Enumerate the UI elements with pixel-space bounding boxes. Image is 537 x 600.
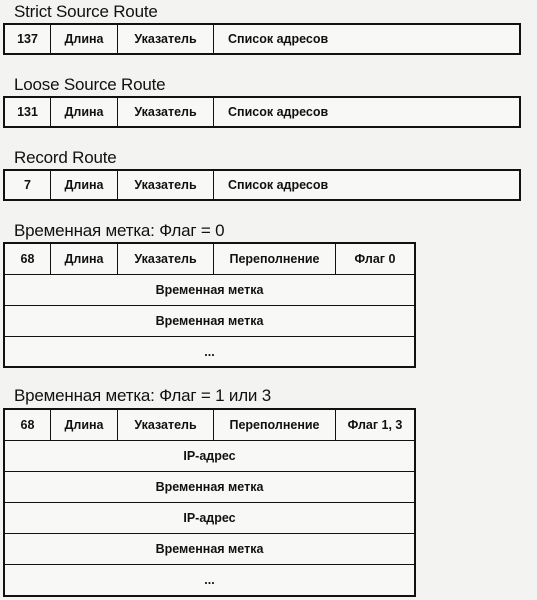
timestamp-flag13-table: 68 Длина Указатель Переполнение Флаг 1, … — [3, 408, 416, 597]
pointer-cell: Указатель — [118, 244, 214, 274]
strict-source-route-title: Strict Source Route — [14, 2, 158, 22]
timestamp-cell: Временная метка — [5, 534, 414, 564]
option-type-cell: 131 — [5, 98, 51, 126]
pointer-cell: Указатель — [118, 98, 214, 126]
record-route-table: 7 Длина Указатель Список адресов — [3, 169, 521, 201]
pointer-cell: Указатель — [118, 410, 214, 440]
timestamp-cell: Временная метка — [5, 472, 414, 502]
length-cell: Длина — [51, 25, 118, 53]
ip-address-cell: IP-адрес — [5, 441, 414, 471]
overflow-cell: Переполнение — [214, 410, 336, 440]
ellipsis-cell: ... — [5, 337, 414, 366]
option-type-cell: 7 — [5, 171, 51, 199]
loose-source-route-table: 131 Длина Указатель Список адресов — [3, 96, 521, 128]
option-type-cell: 68 — [5, 410, 51, 440]
table-row: Временная метка — [5, 472, 414, 503]
pointer-cell: Указатель — [118, 171, 214, 199]
timestamp-flag0-title: Временная метка: Флаг = 0 — [14, 221, 224, 241]
address-list-cell: Список адресов — [214, 171, 519, 199]
pointer-cell: Указатель — [118, 25, 214, 53]
address-list-cell: Список адресов — [214, 98, 519, 126]
header-row: 68 Длина Указатель Переполнение Флаг 1, … — [5, 410, 414, 441]
option-type-cell: 68 — [5, 244, 51, 274]
length-cell: Длина — [51, 98, 118, 126]
header-row: 68 Длина Указатель Переполнение Флаг 0 — [5, 244, 414, 275]
strict-source-route-table: 137 Длина Указатель Список адресов — [3, 23, 521, 55]
timestamp-cell: Временная метка — [5, 275, 414, 305]
address-list-cell: Список адресов — [214, 25, 519, 53]
table-row: ... — [5, 565, 414, 595]
table-row: Временная метка — [5, 534, 414, 565]
ip-address-cell: IP-адрес — [5, 503, 414, 533]
table-row: ... — [5, 337, 414, 366]
ellipsis-cell: ... — [5, 565, 414, 595]
length-cell: Длина — [51, 244, 118, 274]
table-row: IP-адрес — [5, 441, 414, 472]
flag-cell: Флаг 1, 3 — [336, 410, 414, 440]
table-row: Временная метка — [5, 306, 414, 337]
record-route-title: Record Route — [14, 148, 117, 168]
header-row: 7 Длина Указатель Список адресов — [5, 171, 519, 199]
header-row: 137 Длина Указатель Список адресов — [5, 25, 519, 53]
timestamp-flag13-title: Временная метка: Флаг = 1 или 3 — [14, 386, 271, 406]
flag-cell: Флаг 0 — [336, 244, 414, 274]
length-cell: Длина — [51, 171, 118, 199]
timestamp-cell: Временная метка — [5, 306, 414, 336]
table-row: Временная метка — [5, 275, 414, 306]
header-row: 131 Длина Указатель Список адресов — [5, 98, 519, 126]
timestamp-flag0-table: 68 Длина Указатель Переполнение Флаг 0 В… — [3, 242, 416, 368]
loose-source-route-title: Loose Source Route — [14, 75, 165, 95]
length-cell: Длина — [51, 410, 118, 440]
table-row: IP-адрес — [5, 503, 414, 534]
option-type-cell: 137 — [5, 25, 51, 53]
overflow-cell: Переполнение — [214, 244, 336, 274]
